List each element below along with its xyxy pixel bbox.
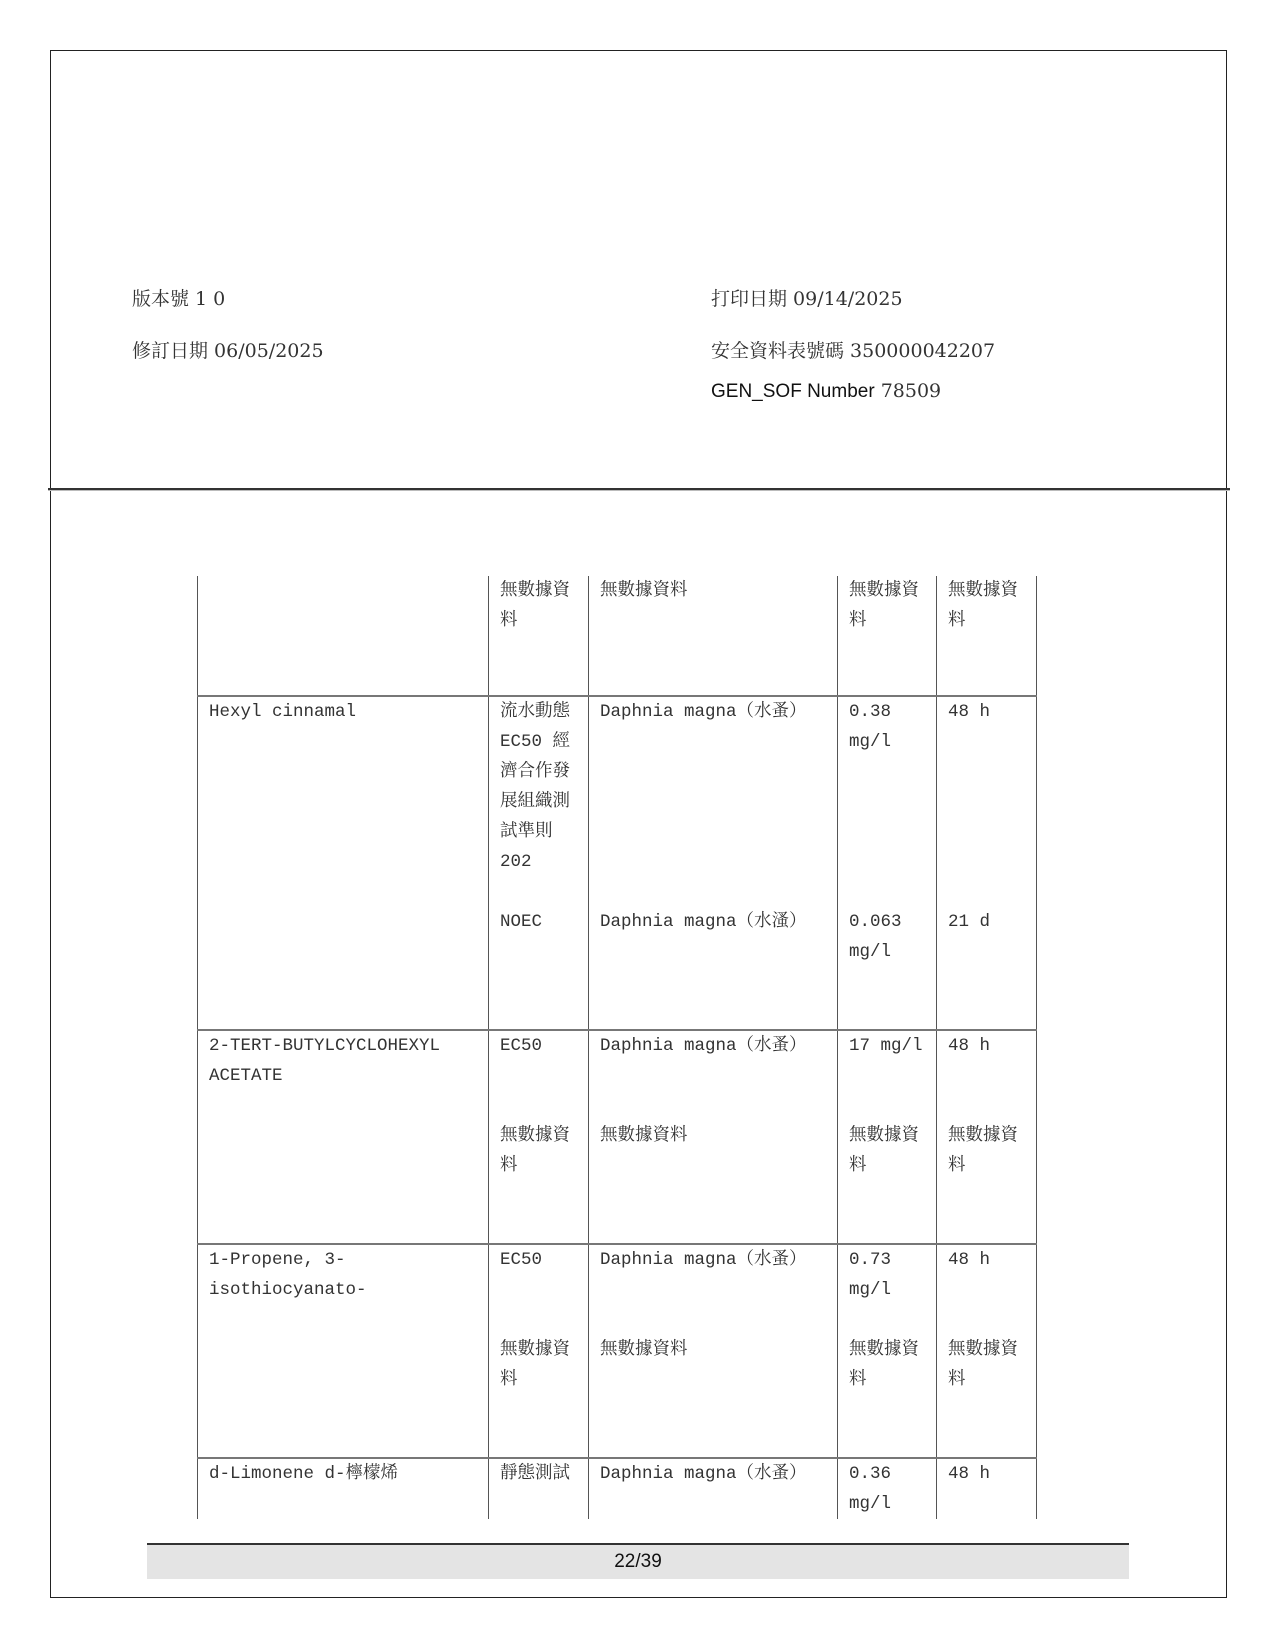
species: Daphnia magna（水蚤）: [589, 1244, 838, 1335]
table-row: Hexyl cinnamal流水動態 EC50 經濟合作發展組織測試準則202D…: [198, 696, 1037, 907]
endpoint-value: 無數據資料: [838, 1121, 937, 1244]
exposure-time: 48 h: [937, 696, 1037, 907]
exposure-time: 21 d: [937, 907, 1037, 1030]
substance-name: 1-Propene, 3-isothiocyanato-: [198, 1244, 489, 1458]
substance-name: Hexyl cinnamal: [198, 696, 489, 1030]
exposure-time: 48 h: [937, 1458, 1037, 1519]
species: Daphnia magna（水蚤）: [589, 696, 838, 907]
species: 無數據資料: [589, 1335, 838, 1458]
revision-date: 修訂日期 06/05/2025: [132, 336, 324, 363]
gen-sof-value: 78509: [881, 380, 941, 402]
endpoint-value: 0.36 mg/l: [838, 1458, 937, 1519]
species: Daphnia magna（水溞）: [589, 907, 838, 1030]
exposure-time: 無數據資料: [937, 1121, 1037, 1244]
species: Daphnia magna（水蚤）: [589, 1458, 838, 1519]
header-divider: [48, 488, 1230, 490]
species: Daphnia magna（水蚤）: [589, 1030, 838, 1121]
endpoint-value: 17 mg/l: [838, 1030, 937, 1121]
page-footer: 22/39: [147, 1543, 1129, 1579]
table-row: 無數據資料無數據資料無數據資料無數據資料: [198, 576, 1037, 696]
endpoint-value: 0.73 mg/l: [838, 1244, 937, 1335]
ecotoxicity-table: 無數據資料無數據資料無數據資料無數據資料Hexyl cinnamal流水動態 E…: [197, 576, 1037, 1519]
substance-name: d-Limonene d-檸檬烯: [198, 1458, 489, 1519]
gen-sof-label: GEN_SOF Number: [711, 381, 875, 402]
species: 無數據資料: [589, 576, 838, 696]
endpoint-value: 0.063 mg/l: [838, 907, 937, 1030]
test-method: 無數據資料: [489, 1121, 589, 1244]
exposure-time: 無數據資料: [937, 1335, 1037, 1458]
substance-name: [198, 576, 489, 696]
test-method: EC50: [489, 1030, 589, 1121]
species: 無數據資料: [589, 1121, 838, 1244]
exposure-time: 48 h: [937, 1030, 1037, 1121]
page-number: 22/39: [147, 1545, 1129, 1579]
exposure-time: 無數據資料: [937, 576, 1037, 696]
test-method: EC50: [489, 1244, 589, 1335]
test-method: 靜態測試: [489, 1458, 589, 1519]
table-row: d-Limonene d-檸檬烯靜態測試Daphnia magna（水蚤）0.3…: [198, 1458, 1037, 1519]
test-method: 無數據資料: [489, 576, 589, 696]
endpoint-value: 無數據資料: [838, 1335, 937, 1458]
version-number: 版本號 1 0: [132, 284, 225, 311]
sds-number: 安全資料表號碼 350000042207: [711, 336, 995, 363]
table-row: 1-Propene, 3-isothiocyanato-EC50Daphnia …: [198, 1244, 1037, 1335]
endpoint-value: 0.38 mg/l: [838, 696, 937, 907]
gen-sof-number: GEN_SOF Number 78509: [711, 380, 941, 403]
exposure-time: 48 h: [937, 1244, 1037, 1335]
table-row: 2-TERT-BUTYLCYCLOHEXYL ACETATEEC50Daphni…: [198, 1030, 1037, 1121]
test-method: 無數據資料: [489, 1335, 589, 1458]
test-method: NOEC: [489, 907, 589, 1030]
substance-name: 2-TERT-BUTYLCYCLOHEXYL ACETATE: [198, 1030, 489, 1244]
endpoint-value: 無數據資料: [838, 576, 937, 696]
test-method: 流水動態 EC50 經濟合作發展組織測試準則202: [489, 696, 589, 907]
print-date: 打印日期 09/14/2025: [711, 284, 903, 311]
